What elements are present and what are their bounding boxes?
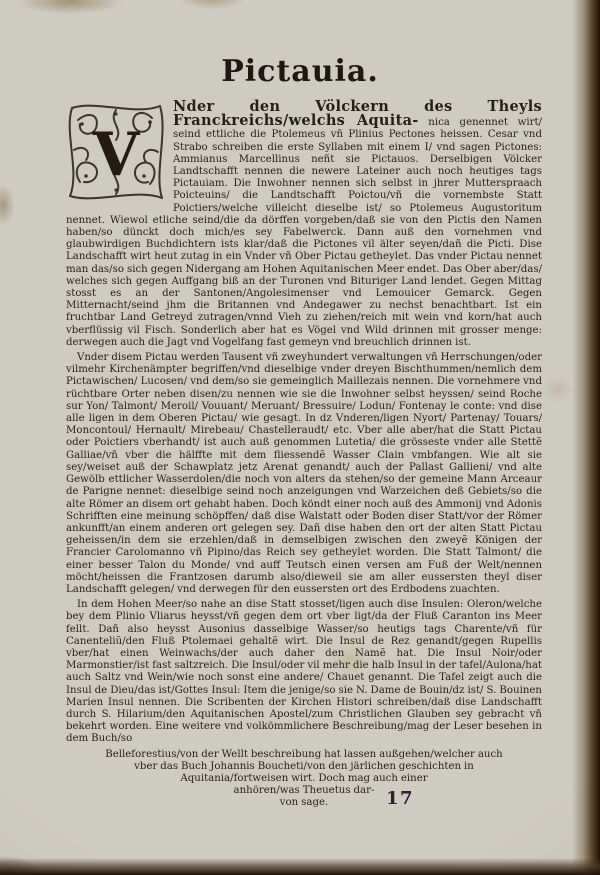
paragraph-3: In dem Hohen Meer/so nahe an dise Statt …	[66, 599, 542, 745]
book-photo: Pictauia.	[0, 0, 600, 875]
paragraph-2: Vnder disem Pictau werden Tausent vñ zwe…	[66, 352, 542, 596]
closing-line: Aquitania/fortweisen wirt. Doch mag auch…	[66, 773, 542, 785]
paragraph-1: V Nder den Völckern des Theyls Franckrei…	[66, 101, 542, 349]
drop-cap: V	[66, 102, 166, 202]
closing-line: vber das Buch Johannis Boucheti/von den …	[66, 761, 542, 773]
closing-line: anhören/was Theuetus dar-	[66, 785, 542, 797]
woodcut-initial-ornament: V	[66, 102, 166, 202]
page-number: 17	[386, 788, 414, 809]
drop-cap-letter: V	[92, 120, 141, 190]
book-edge-bottom	[0, 858, 600, 875]
text-block: V Nder den Völckern des Theyls Franckrei…	[66, 101, 542, 810]
book-edge-right	[572, 0, 600, 875]
page-title: Pictauia.	[0, 54, 600, 89]
closing-line: Belleforestius/von der Wellt beschreibun…	[66, 749, 542, 761]
closing-line: von sage.	[66, 797, 542, 809]
